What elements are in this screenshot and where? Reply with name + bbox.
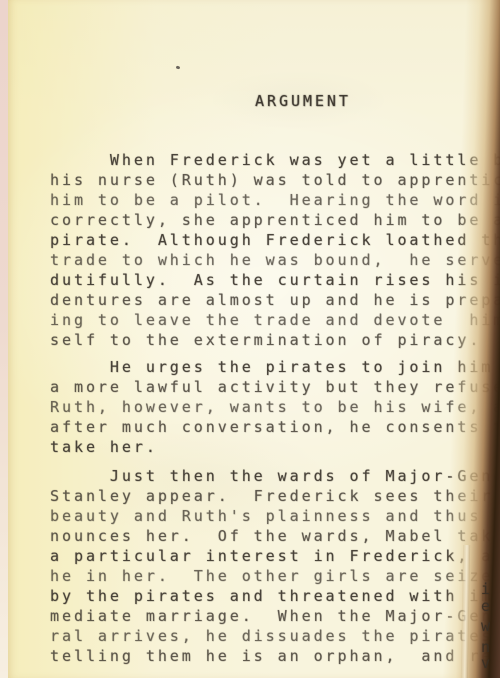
text-line: dutifully. As the curtain rises his in- — [50, 270, 500, 290]
text-line: He urges the pirates to join him in — [50, 357, 500, 377]
text-line: ral arrives, he dissuades the pirates by — [50, 626, 500, 646]
text-line: his nurse (Ruth) was told to apprentice — [50, 170, 500, 190]
text-line: beauty and Ruth's plainness and thus re- — [50, 506, 500, 526]
scanned-document: ARGUMENT When Frederick was yet a little… — [0, 0, 500, 678]
text-line: take her. — [50, 437, 500, 457]
text-line: after much conversation, he consents to — [50, 417, 500, 437]
paragraph: He urges the pirates to join him ina mor… — [50, 357, 500, 457]
ink-speck — [176, 65, 181, 69]
text-line: Stanley appear. Frederick sees their — [50, 486, 500, 506]
text-line: nounces her. Of the wards, Mabel takes — [50, 526, 500, 546]
text-line: When Frederick was yet a little boy — [50, 150, 500, 170]
text-line: by the pirates and threatened with im- — [50, 586, 500, 606]
text-line: telling them he is an orphan, and re- — [50, 646, 500, 666]
text-line: Just then the wards of Major-General — [50, 466, 500, 486]
text-line: mediate marriage. When the Major-Gene- — [50, 606, 500, 626]
text-line: ing to leave the trade and devote him- — [50, 310, 500, 330]
text-line: trade to which he was bound, he served — [50, 250, 500, 270]
text-line: correctly, she apprenticed him to be a — [50, 210, 500, 230]
text-line: he in her. The other girls are seized — [50, 566, 500, 586]
text-line: self to the extermination of piracy. — [50, 330, 500, 350]
text-line: a particular interest in Frederick, and — [50, 546, 500, 566]
text-line: dentures are almost up and he is prepar- — [50, 290, 500, 310]
text-line: pirate. Although Frederick loathed the — [50, 230, 500, 250]
page-title: ARGUMENT — [255, 91, 351, 111]
paragraph: Just then the wards of Major-GeneralStan… — [50, 466, 500, 666]
paragraph: When Frederick was yet a little boyhis n… — [50, 150, 500, 350]
text-line: Ruth, however, wants to be his wife, and — [50, 397, 500, 417]
text-line: him to be a pilot. Hearing the word in- — [50, 190, 500, 210]
paper-page: ARGUMENT When Frederick was yet a little… — [8, 0, 500, 678]
text-line: a more lawful activity but they refuse. — [50, 377, 500, 397]
